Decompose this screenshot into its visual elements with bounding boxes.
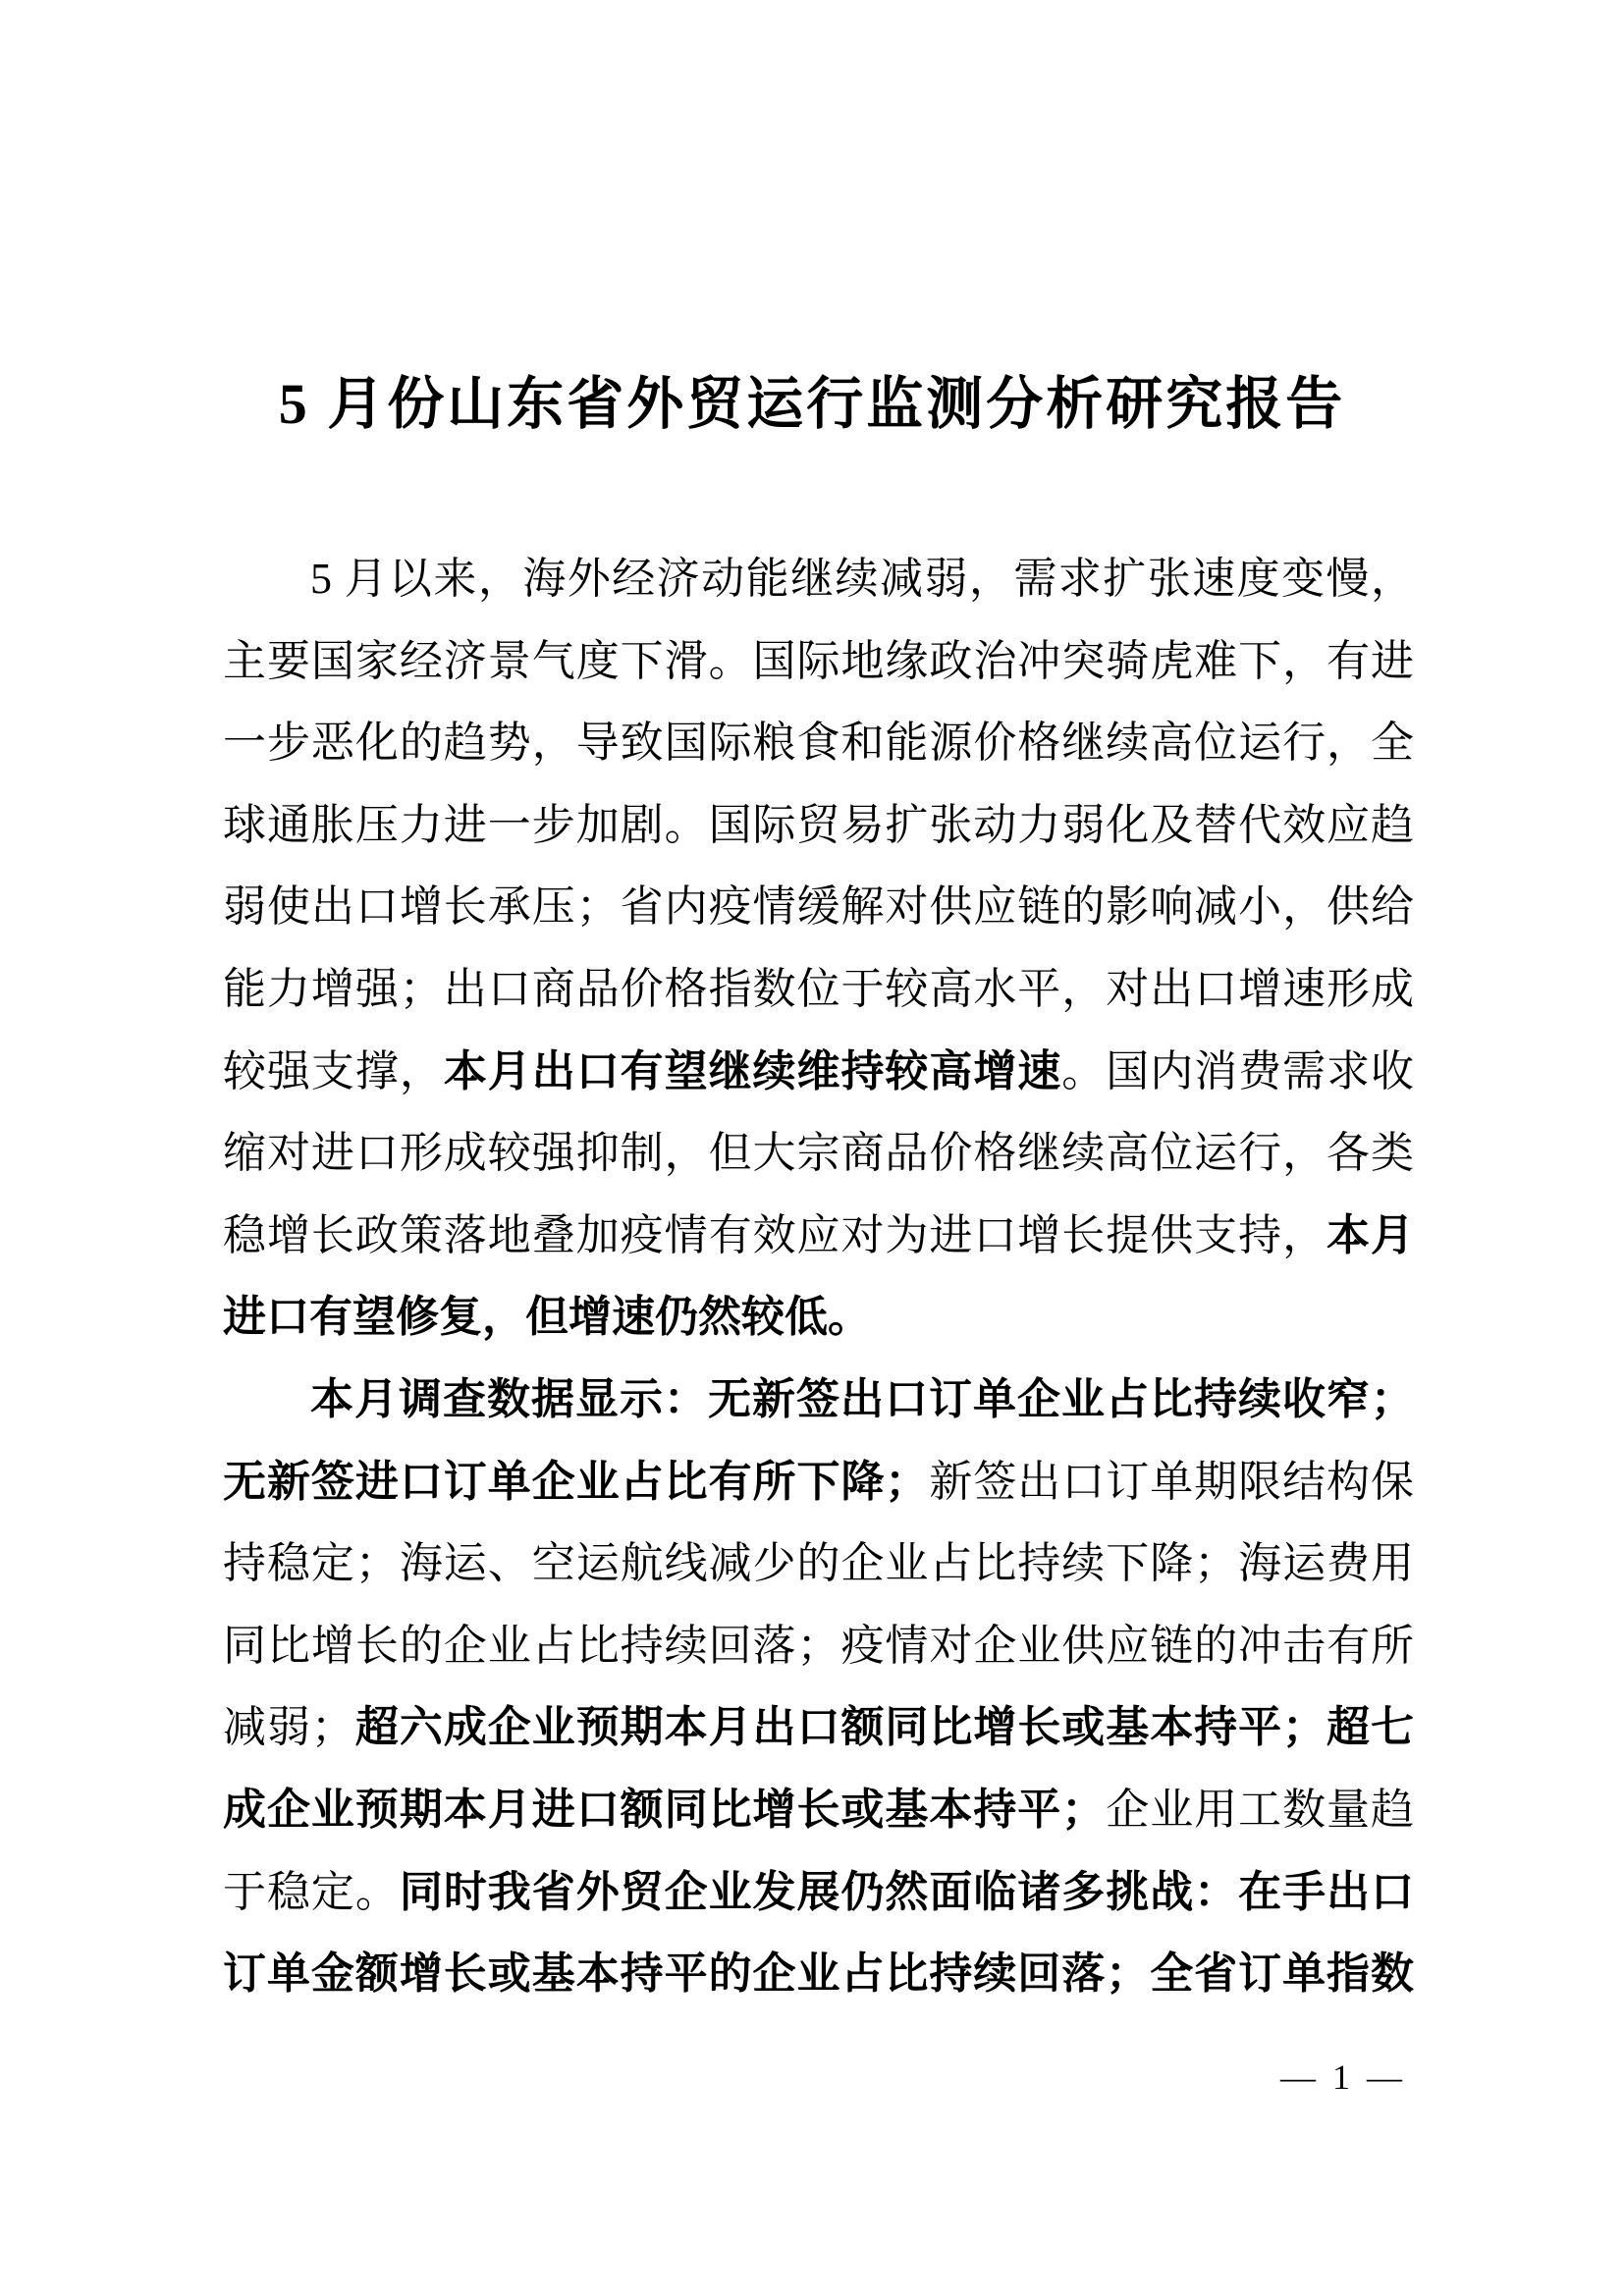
body-text: 企业用工数量趋 — [1105, 1786, 1414, 1834]
emphasis-text: 本月 — [1326, 1211, 1414, 1259]
body-text: 稳增长政策落地叠加疫情有效应对为进口增长提供支持， — [223, 1211, 1326, 1259]
document-body: 5 月以来，海外经济动能继续减弱，需求扩张速度变慢，主要国家经济景气度下滑。国际… — [223, 538, 1414, 2015]
body-line: 稳增长政策落地叠加疫情有效应对为进口增长提供支持，本月 — [223, 1195, 1414, 1277]
emphasis-text: 订单金额增长或基本持平的企业占比持续回落；全省订单指数 — [223, 1949, 1414, 1998]
body-line: 较强支撑，本月出口有望继续维持较高增速。国内消费需求收 — [223, 1031, 1414, 1113]
body-line: 进口有望修复，但增速仍然较低。 — [223, 1276, 1414, 1359]
body-text: 较强支撑， — [223, 1047, 444, 1095]
body-line: 主要国家经济景气度下滑。国际地缘政治冲突骑虎难下，有进 — [223, 620, 1414, 703]
body-line: 持稳定；海运、空运航线减少的企业占比持续下降；海运费用 — [223, 1522, 1414, 1605]
emphasis-text: 进口有望修复，但增速仍然较低。 — [223, 1293, 871, 1341]
emphasis-text: 同时我省外贸企业发展仍然面临诸多挑战：在手出口 — [400, 1868, 1414, 1916]
emphasis-text: 本月出口有望继续维持较高增速 — [444, 1047, 1061, 1095]
body-text: 新签出口订单期限结构保 — [928, 1458, 1414, 1506]
page-number: — 1 — — [1280, 2057, 1406, 2097]
body-line: 减弱；超六成企业预期本月出口额同比增长或基本持平；超七 — [223, 1686, 1414, 1769]
body-line: 订单金额增长或基本持平的企业占比持续回落；全省订单指数 — [223, 1933, 1414, 2015]
body-line: 球通胀压力进一步加剧。国际贸易扩张动力弱化及替代效应趋 — [223, 784, 1414, 867]
body-text: 减弱； — [223, 1703, 354, 1751]
emphasis-text: 本月调查数据显示：无新签出口订单企业占比持续收窄； — [310, 1375, 1414, 1423]
body-line: 一步恶化的趋势，导致国际粮食和能源价格继续高位运行，全 — [223, 702, 1414, 784]
body-text: 缩对进口形成较强抑制，但大宗商品价格继续高位运行，各类 — [223, 1129, 1414, 1177]
body-line: 同比增长的企业占比持续回落；疫情对企业供应链的冲击有所 — [223, 1605, 1414, 1687]
body-line: 缩对进口形成较强抑制，但大宗商品价格继续高位运行，各类 — [223, 1112, 1414, 1195]
body-text: 弱使出口增长承压；省内疫情缓解对供应链的影响减小，供给 — [223, 882, 1414, 931]
emphasis-text: 无新签进口订单企业占比有所下降； — [223, 1458, 928, 1506]
body-text: 同比增长的企业占比持续回落；疫情对企业供应链的冲击有所 — [223, 1622, 1414, 1670]
body-line: 于稳定。同时我省外贸企业发展仍然面临诸多挑战：在手出口 — [223, 1851, 1414, 1934]
emphasis-text: 成企业预期本月进口额同比增长或基本持平； — [223, 1786, 1105, 1834]
document-page: 5 月份山东省外贸运行监测分析研究报告 5 月以来，海外经济动能继续减弱，需求扩… — [0, 0, 1624, 2296]
body-line: 弱使出口增长承压；省内疫情缓解对供应链的影响减小，供给 — [223, 866, 1414, 948]
body-line: 本月调查数据显示：无新签出口订单企业占比持续收窄； — [223, 1359, 1414, 1441]
body-text: 球通胀压力进一步加剧。国际贸易扩张动力弱化及替代效应趋 — [223, 801, 1414, 849]
body-text: 。国内消费需求收 — [1061, 1047, 1414, 1095]
emphasis-text: 超六成企业预期本月出口额同比增长或基本持平；超七 — [354, 1703, 1414, 1751]
body-line: 成企业预期本月进口额同比增长或基本持平；企业用工数量趋 — [223, 1769, 1414, 1851]
document-title: 5 月份山东省外贸运行监测分析研究报告 — [0, 373, 1624, 436]
body-line: 能力增强；出口商品价格指数位于较高水平，对出口增速形成 — [223, 948, 1414, 1031]
body-text: 能力增强；出口商品价格指数位于较高水平，对出口增速形成 — [223, 965, 1414, 1013]
body-line: 无新签进口订单企业占比有所下降；新签出口订单期限结构保 — [223, 1441, 1414, 1523]
body-line: 5 月以来，海外经济动能继续减弱，需求扩张速度变慢， — [223, 538, 1414, 620]
body-text: 一步恶化的趋势，导致国际粮食和能源价格继续高位运行，全 — [223, 719, 1414, 767]
body-text: 于稳定。 — [223, 1868, 400, 1916]
body-text: 持稳定；海运、空运航线减少的企业占比持续下降；海运费用 — [223, 1539, 1414, 1587]
body-text: 5 月以来，海外经济动能继续减弱，需求扩张速度变慢， — [310, 555, 1414, 603]
body-text: 主要国家经济景气度下滑。国际地缘政治冲突骑虎难下，有进 — [223, 637, 1414, 685]
